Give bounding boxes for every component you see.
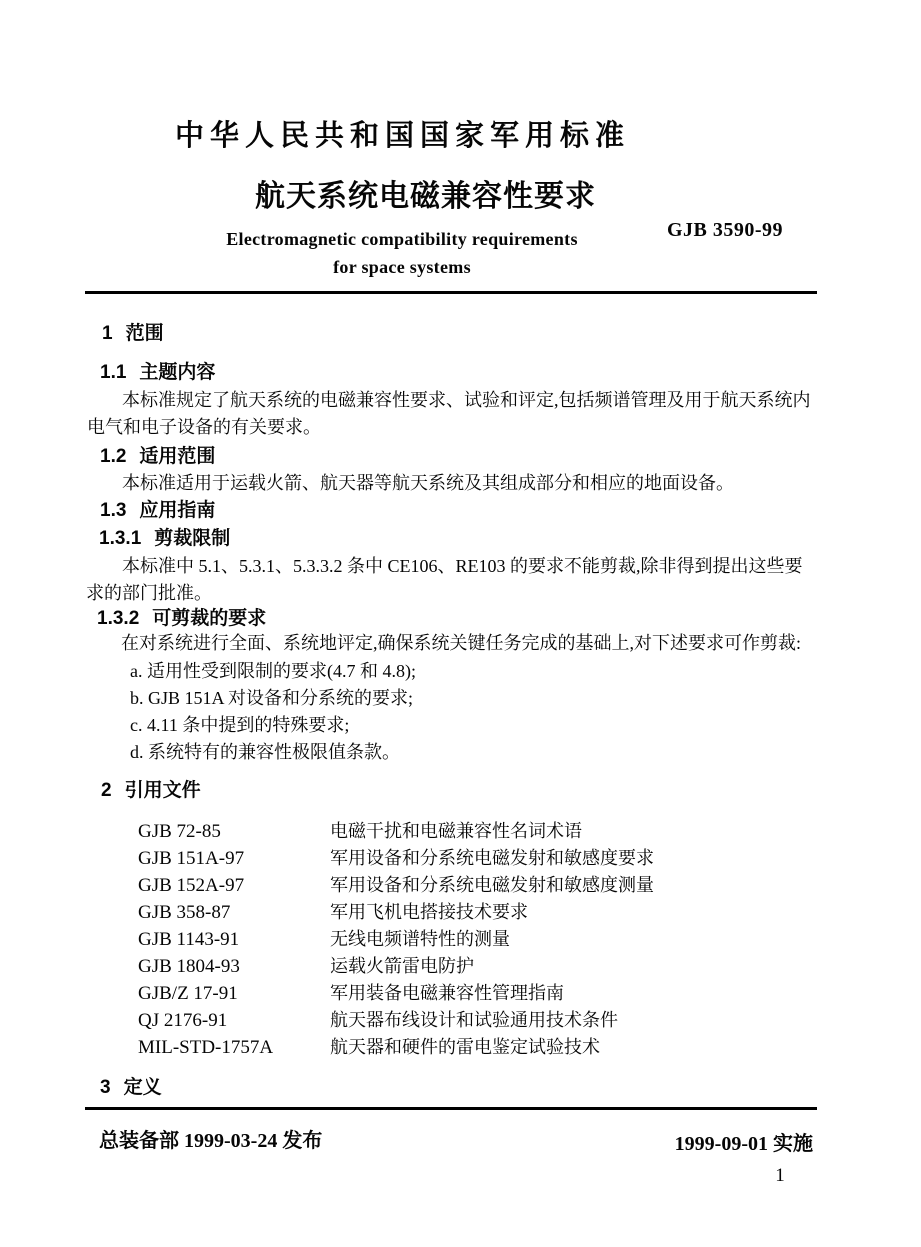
section-1-3-2-paragraph: 在对系统进行全面、系统地评定,确保系统关键任务完成的基础上,对下述要求可作剪裁: [121, 633, 801, 654]
standard-class-label: 中华人民共和国国家军用标准 [175, 120, 630, 153]
reference-title: 航天器布线设计和试验通用技术条件 [330, 1011, 618, 1031]
section-1-2-title: 适用范围 [139, 446, 215, 467]
implementation-info: 1999-09-01 实施 [600, 1133, 813, 1156]
document-title-en-line1: Electromagnetic compatibility requiremen… [85, 229, 719, 250]
section-1-1-paragraph-line1: 本标准规定了航天系统的电磁兼容性要求、试验和评定,包括频谱管理及用于航天系统内 [122, 390, 811, 411]
section-1-2-heading: 1.2适用范围 [100, 446, 215, 468]
footer-rule [85, 1107, 817, 1110]
reference-code: GJB 1143-91 [138, 930, 239, 951]
section-1-title: 范围 [126, 323, 164, 344]
section-1-3-2-title: 可剪裁的要求 [152, 608, 266, 629]
section-1-2-number: 1.2 [100, 446, 126, 467]
section-1-3-number: 1.3 [100, 500, 126, 521]
section-1-3-1-paragraph-line2: 求的部门批准。 [86, 583, 212, 604]
header-rule [85, 291, 817, 294]
section-1-number: 1 [102, 323, 113, 344]
reference-code: GJB 72-85 [138, 822, 221, 843]
section-1-3-2-heading: 1.3.2可剪裁的要求 [97, 608, 266, 630]
section-1-1-number: 1.1 [100, 362, 126, 383]
section-1-3-1-paragraph-line1: 本标准中 5.1、5.3.1、5.3.3.2 条中 CE106、RE103 的要… [122, 556, 803, 577]
tailorable-item-a: a. 适用性受到限制的要求(4.7 和 4.8); [130, 661, 416, 682]
page-number: 1 [768, 1165, 792, 1187]
reference-code: GJB 151A-97 [138, 849, 244, 870]
section-1-heading: 1范围 [102, 323, 164, 345]
reference-title: 航天器和硬件的雷电鉴定试验技术 [330, 1038, 600, 1058]
reference-title: 军用飞机电搭接技术要求 [330, 903, 528, 923]
reference-title: 无线电频谱特性的测量 [330, 930, 510, 950]
tailorable-item-c: c. 4.11 条中提到的特殊要求; [130, 715, 349, 736]
document-title-en-line2: for space systems [85, 257, 719, 278]
section-3-number: 3 [100, 1077, 111, 1098]
reference-title: 运载火箭雷电防护 [330, 957, 474, 977]
reference-code: GJB/Z 17-91 [138, 984, 238, 1005]
reference-code: GJB 152A-97 [138, 876, 244, 897]
standard-number-badge: GJB 3590-99 [667, 219, 783, 242]
tailorable-item-b: b. GJB 151A 对设备和分系统的要求; [130, 688, 413, 709]
reference-title: 军用装备电磁兼容性管理指南 [330, 984, 564, 1004]
section-1-1-title: 主题内容 [139, 362, 215, 383]
section-3-title: 定义 [124, 1077, 162, 1098]
release-info: 总装备部 1999-03-24 发布 [99, 1130, 322, 1153]
reference-code: GJB 358-87 [138, 903, 230, 924]
tailorable-item-d: d. 系统特有的兼容性极限值条款。 [130, 742, 400, 763]
section-1-3-2-number: 1.3.2 [97, 608, 139, 629]
reference-code: MIL-STD-1757A [138, 1038, 273, 1059]
section-1-3-1-number: 1.3.1 [99, 528, 141, 549]
section-2-number: 2 [101, 780, 112, 801]
reference-title: 军用设备和分系统电磁发射和敏感度要求 [330, 849, 654, 869]
section-2-heading: 2引用文件 [101, 780, 201, 802]
reference-title: 电磁干扰和电磁兼容性名词术语 [330, 822, 582, 842]
section-1-3-title: 应用指南 [139, 500, 215, 521]
section-2-title: 引用文件 [125, 780, 201, 801]
document-title-cn: 航天系统电磁兼容性要求 [255, 180, 596, 215]
reference-code: QJ 2176-91 [138, 1011, 227, 1032]
reference-title: 军用设备和分系统电磁发射和敏感度测量 [330, 876, 654, 896]
section-1-3-1-title: 剪裁限制 [154, 528, 230, 549]
section-1-3-1-heading: 1.3.1剪裁限制 [99, 528, 230, 550]
section-1-1-paragraph-line2: 电气和电子设备的有关要求。 [87, 417, 321, 438]
section-1-2-paragraph: 本标准适用于运载火箭、航天器等航天系统及其组成部分和相应的地面设备。 [122, 473, 734, 494]
reference-code: GJB 1804-93 [138, 957, 240, 978]
document-page: 中华人民共和国国家军用标准 航天系统电磁兼容性要求 Electromagneti… [0, 0, 921, 1247]
section-1-1-heading: 1.1主题内容 [100, 362, 215, 384]
section-1-3-heading: 1.3应用指南 [100, 500, 215, 522]
section-3-heading: 3定义 [100, 1077, 162, 1099]
